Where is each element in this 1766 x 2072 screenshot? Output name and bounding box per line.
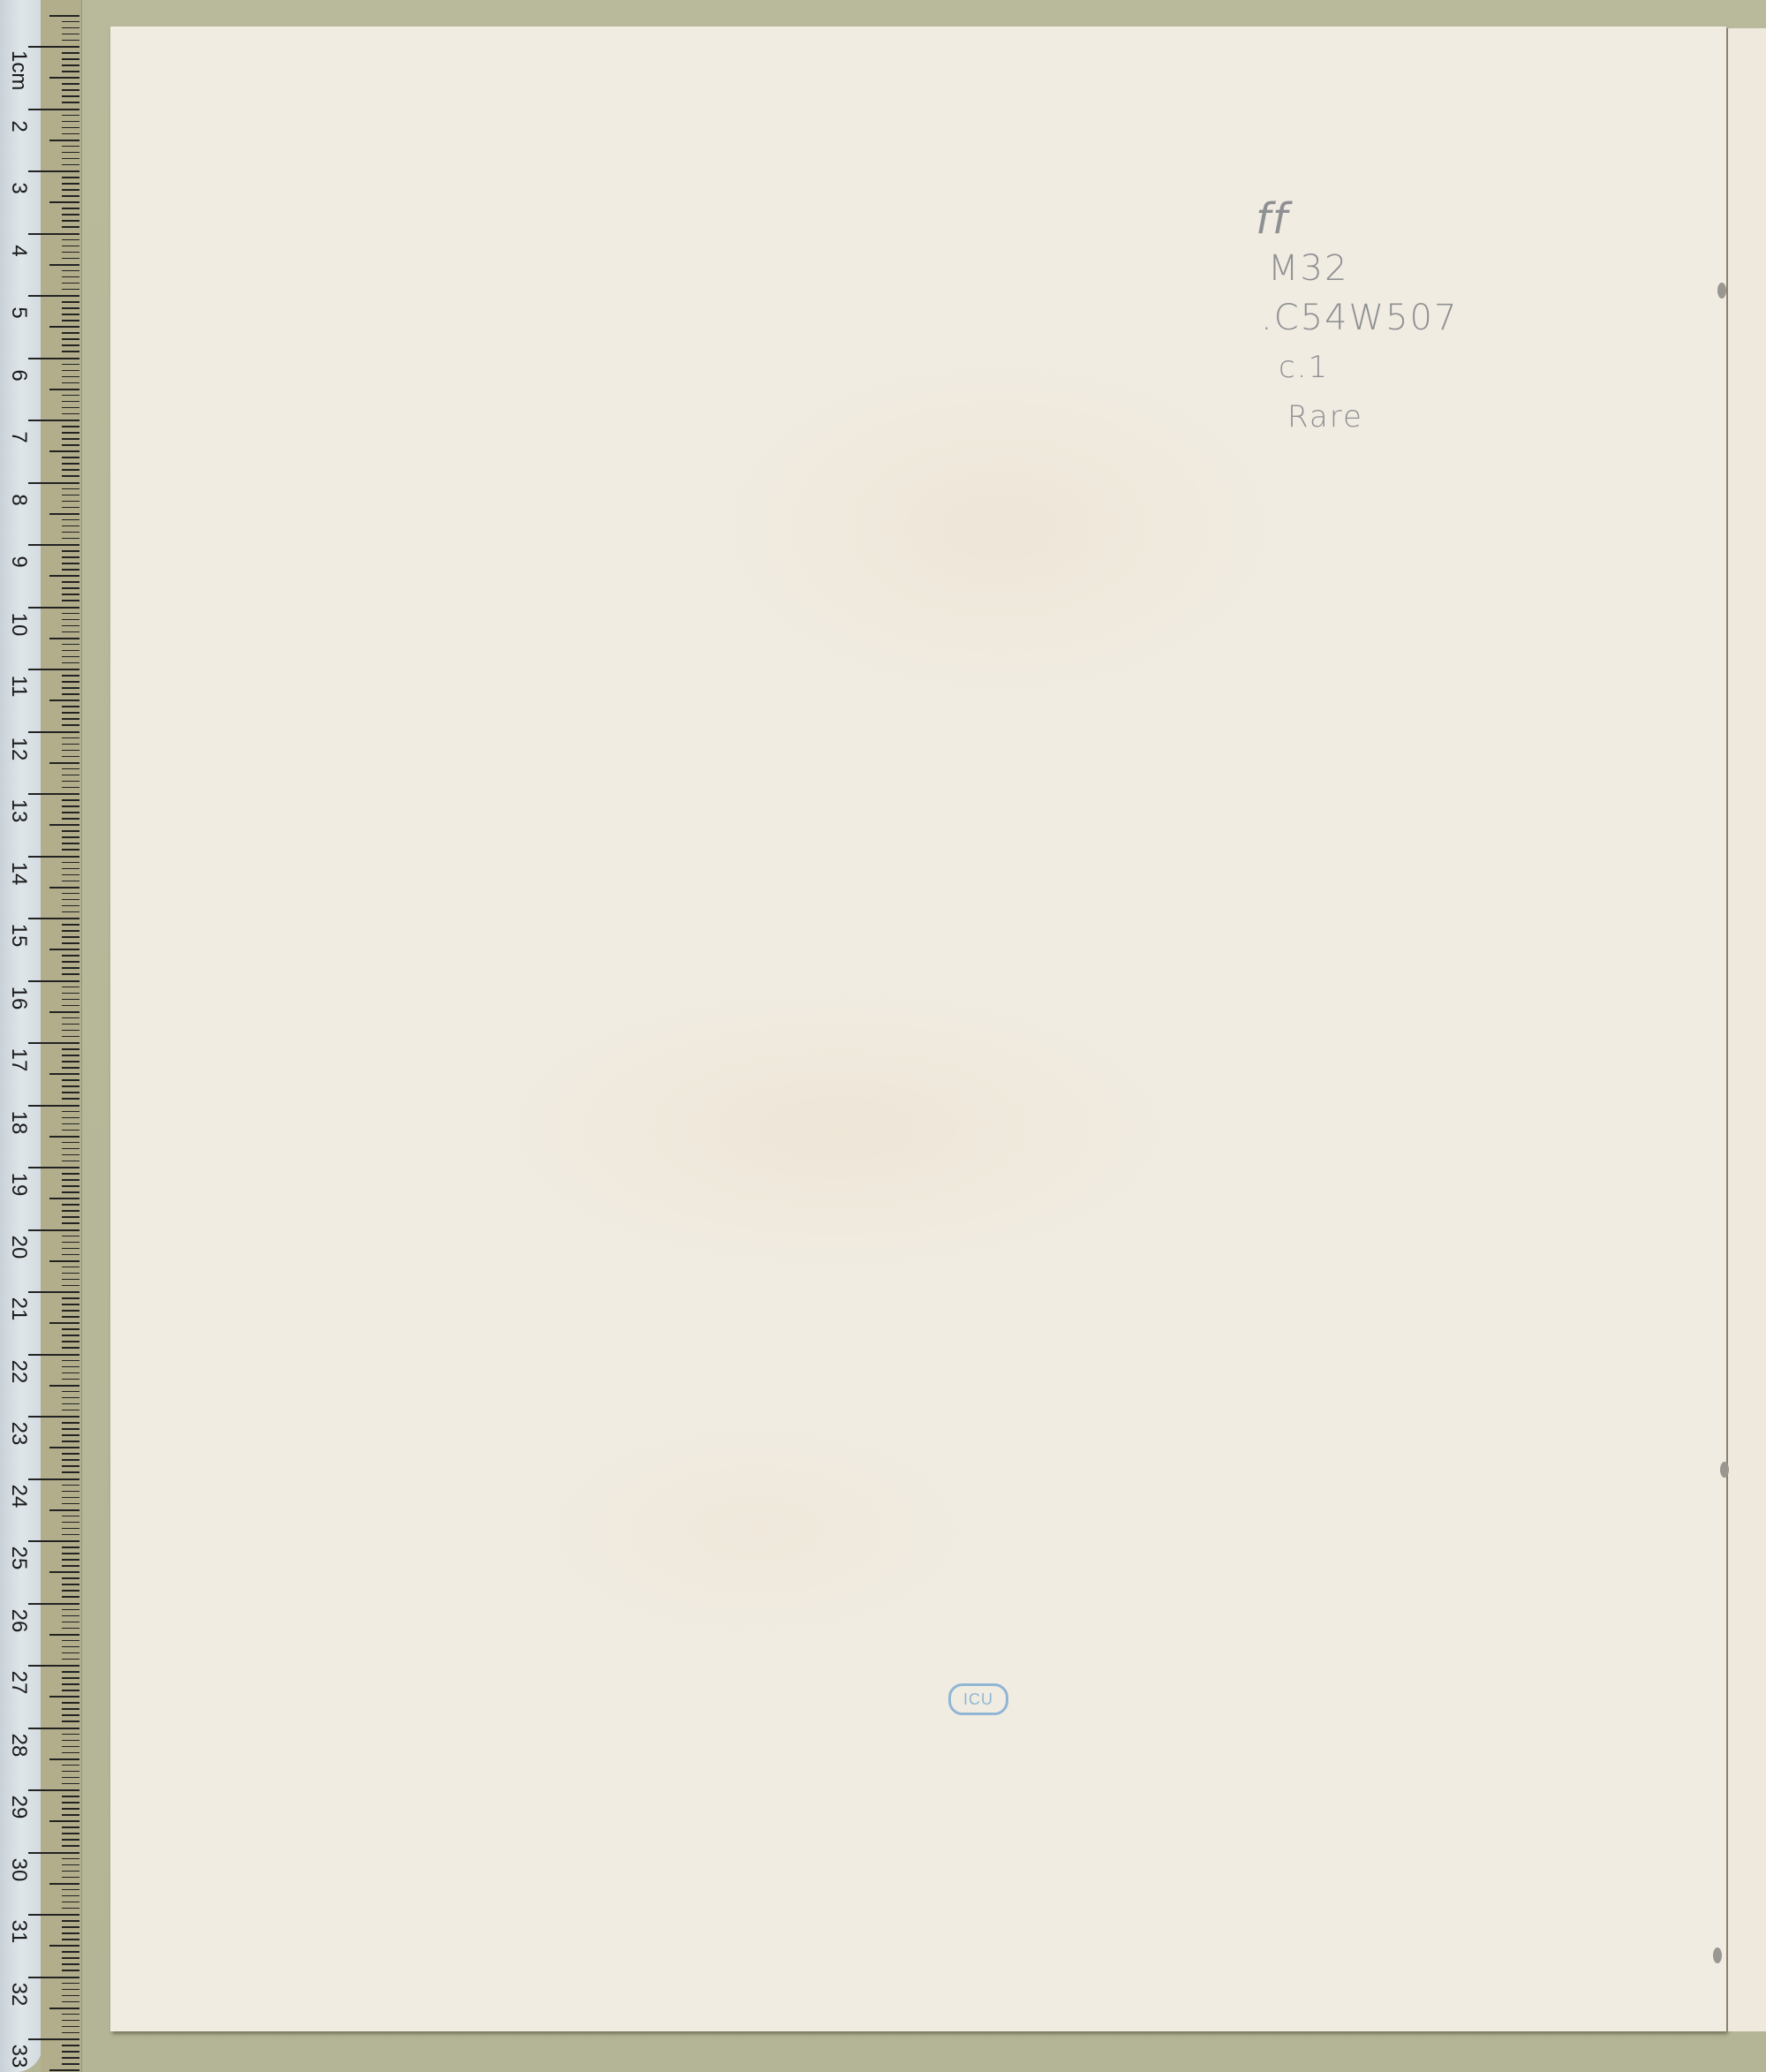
ruler-tick (62, 1814, 79, 1816)
call-number-line: .C54W507 (1261, 293, 1458, 343)
call-number-line: Rare (1287, 392, 1458, 442)
ruler-tick (62, 1434, 79, 1436)
ruler-tick (28, 1229, 79, 1231)
ruler-tick (62, 1528, 79, 1530)
ruler-tick (62, 893, 79, 895)
ruler-tick (62, 750, 79, 752)
ruler-tick (62, 1609, 79, 1611)
ruler-tick (62, 1989, 79, 1991)
ruler-tick (62, 1459, 79, 1461)
ruler-tick (62, 1565, 79, 1567)
ruler-tick (62, 495, 79, 496)
ruler-label: 31 (8, 1918, 29, 1945)
ruler-tick (62, 1983, 79, 1985)
ruler-tick (62, 775, 79, 776)
ruler-tick (62, 95, 79, 97)
ruler-label: 24 (8, 1483, 29, 1509)
ruler-tick (62, 1273, 79, 1274)
binding-stitch-mark (1713, 1947, 1722, 1963)
ruler-tick (62, 936, 79, 938)
ruler-tick (62, 195, 79, 197)
ruler-tick (28, 1416, 79, 1418)
ruler-tick (62, 681, 79, 683)
ruler-tick (62, 2026, 79, 2028)
ruler-tick (62, 1123, 79, 1125)
ruler-tick (62, 164, 79, 166)
ruler-tick (62, 1117, 79, 1119)
ruler-tick (62, 376, 79, 378)
ruler-tick (62, 469, 79, 471)
ruler-tick (62, 1098, 79, 1100)
ruler-tick (62, 177, 79, 178)
ruler-tick (62, 2020, 79, 2022)
ruler-tick (62, 1640, 79, 1642)
ruler-tick (28, 1603, 79, 1605)
ruler-tick (28, 482, 79, 484)
ruler-tick (49, 887, 79, 889)
ruler-tick (62, 189, 79, 191)
ruler-tick (49, 1260, 79, 1262)
ruler-tick (62, 307, 79, 309)
ruler-tick (28, 358, 79, 359)
ruler-tick (62, 1491, 79, 1493)
ruler-tick (62, 488, 79, 490)
ruler-tick (62, 1085, 79, 1087)
pencil-call-number: ff M32 .C54W507 c.1 Rare (1252, 194, 1458, 442)
ruler-tick (62, 463, 79, 465)
ruler-tick (62, 930, 79, 932)
ruler-tick (62, 351, 79, 352)
ruler-tick (62, 214, 79, 216)
ruler-tick (62, 1453, 79, 1455)
ruler-tick (28, 1852, 79, 1854)
ruler-tick (62, 1646, 79, 1648)
ruler-tick (49, 1820, 79, 1822)
ruler-tick (49, 575, 79, 577)
ruler-tick (62, 1957, 79, 1959)
ruler-tick (62, 812, 79, 813)
ruler-tick (62, 737, 79, 739)
ruler-tick (62, 1584, 79, 1585)
ruler-tick (62, 1833, 79, 1834)
ruler-tick (49, 1385, 79, 1387)
ruler-tick (62, 1285, 79, 1287)
ruler-tick (62, 1410, 79, 1411)
ruler-label: 3 (8, 175, 29, 201)
ruler-label: 4 (8, 238, 29, 264)
ruler-tick (49, 1198, 79, 1199)
ruler-tick (62, 899, 79, 901)
ruler-tick (28, 1291, 79, 1293)
ruler-tick (62, 1428, 79, 1430)
ruler-tick (62, 1297, 79, 1299)
ruler-tick (62, 1366, 79, 1368)
ruler-label: 26 (8, 1607, 29, 1634)
ruler-tick (62, 955, 79, 957)
ruler-tick (62, 526, 79, 527)
ruler-tick (62, 226, 79, 228)
ruler-tick (62, 58, 79, 60)
ruler-tick (62, 1871, 79, 1872)
ruler-tick (62, 407, 79, 409)
ruler-tick (62, 942, 79, 944)
ruler-label: 20 (8, 1234, 29, 1260)
ruler-tick (62, 587, 79, 589)
ruler-tick (62, 1316, 79, 1318)
ruler-tick (49, 1136, 79, 1138)
ruler-tick (62, 239, 79, 241)
ruler-tick (62, 382, 79, 384)
ruler-tick (62, 1659, 79, 1660)
ruler-tick (62, 1061, 79, 1062)
ruler-tick (49, 1011, 79, 1013)
ruler-tick (62, 1379, 79, 1380)
ruler-tick (49, 15, 79, 17)
ruler-tick (62, 862, 79, 864)
ruler-tick (62, 1154, 79, 1156)
ruler-tick (62, 2001, 79, 2003)
ruler-tick (28, 1478, 79, 1480)
ruler-tick (62, 1683, 79, 1685)
ruler-tick (62, 395, 79, 397)
ruler-tick (62, 2045, 79, 2046)
ruler-tick (62, 1895, 79, 1897)
ruler-tick (62, 1522, 79, 1524)
ruler-tick (62, 438, 79, 440)
ruler-tick (62, 252, 79, 253)
ruler-tick (62, 644, 79, 646)
ruler-tick (62, 364, 79, 366)
ruler-tick (62, 1373, 79, 1374)
ruler-tick (62, 1242, 79, 1244)
ruler-tick (62, 1335, 79, 1336)
document-page (110, 26, 1726, 2031)
ruler-tick (62, 1254, 79, 1256)
ruler-tick (49, 1945, 79, 1947)
ruler-tick (49, 201, 79, 203)
ruler-tick (62, 768, 79, 770)
ruler-label: 12 (8, 736, 29, 762)
ruler-tick (62, 1845, 79, 1847)
ruler-tick (62, 1248, 79, 1250)
ruler-tick (62, 1173, 79, 1175)
ruler-tick (62, 874, 79, 876)
ruler-tick (62, 973, 79, 975)
ruler-tick (62, 432, 79, 434)
ruler-tick (62, 1970, 79, 1971)
ruler-tick (62, 1553, 79, 1554)
ruler-tick (62, 1092, 79, 1093)
ruler-tick (62, 507, 79, 509)
ruler-tick (62, 1826, 79, 1828)
ruler-tick (49, 140, 79, 141)
ruler-tick (28, 1042, 79, 1044)
ruler-tick (62, 718, 79, 720)
ruler-tick (62, 631, 79, 633)
ruler-tick (62, 993, 79, 994)
ruler-tick (62, 332, 79, 334)
ruler-tick (62, 426, 79, 427)
measurement-ruler: 1cm2345678910111213141516171819202122232… (0, 0, 81, 2072)
call-number-line: ff (1256, 194, 1458, 244)
ruler-tick (62, 1926, 79, 1928)
ruler-tick (62, 1328, 79, 1330)
adjacent-page-edge (1726, 28, 1766, 2031)
ruler-tick (62, 1559, 79, 1561)
ruler-tick (62, 1441, 79, 1442)
ruler-tick (62, 1310, 79, 1312)
ruler-tick (62, 1932, 79, 1934)
ruler-tick (62, 152, 79, 154)
ruler-tick (62, 27, 79, 29)
ruler-tick (49, 2008, 79, 2009)
ruler-tick (28, 233, 79, 235)
ruler-tick (28, 1540, 79, 1542)
ruler-tick (62, 401, 79, 403)
ruler-tick (62, 1391, 79, 1393)
ruler-tick (62, 1858, 79, 1860)
ruler-tick (62, 1222, 79, 1224)
ruler-tick (62, 314, 79, 315)
ruler-tick (49, 1696, 79, 1698)
ruler-tick (62, 1708, 79, 1710)
ruler-tick (28, 1167, 79, 1168)
ruler-tick (62, 1771, 79, 1773)
ruler-tick (62, 1516, 79, 1517)
ruler-label: 30 (8, 1856, 29, 1883)
ruler-tick (28, 2038, 79, 2040)
ruler-tick (49, 638, 79, 639)
ruler-tick (62, 1179, 79, 1181)
ruler-tick (62, 2063, 79, 2065)
ruler-tick (62, 208, 79, 209)
ruler-tick (49, 264, 79, 266)
ruler-label: 18 (8, 1109, 29, 1136)
ruler-tick (62, 1622, 79, 1623)
ruler-label: 8 (8, 487, 29, 513)
ruler-tick (62, 1048, 79, 1050)
ruler-tick (62, 519, 79, 521)
ruler-tick (49, 513, 79, 515)
ruler-label: 23 (8, 1420, 29, 1447)
ruler-tick (62, 905, 79, 907)
ruler-tick (62, 550, 79, 552)
ruler-tick (62, 301, 79, 303)
ruler-tick (62, 1796, 79, 1797)
ruler-tick (62, 1030, 79, 1032)
ruler-tick (62, 625, 79, 627)
ruler-tick (62, 220, 79, 222)
ruler-tick (62, 344, 79, 346)
ruler-tick (62, 613, 79, 615)
ruler-tick (62, 1802, 79, 1804)
ruler-tick (62, 1017, 79, 1019)
ruler-tick (62, 1877, 79, 1879)
ruler-tick (62, 2057, 79, 2059)
ruler-tick (28, 980, 79, 982)
ruler-tick (28, 669, 79, 670)
ruler-tick (62, 1714, 79, 1716)
ruler-tick (62, 1615, 79, 1617)
ruler-label: 28 (8, 1732, 29, 1758)
ruler-tick (62, 1690, 79, 1691)
call-number-line: c.1 (1279, 343, 1458, 392)
ruler-tick (62, 1267, 79, 1268)
ruler-tick (28, 607, 79, 609)
ruler-tick (62, 34, 79, 35)
ruler-tick (28, 1354, 79, 1356)
ruler-tick (49, 2069, 79, 2071)
ruler-tick (49, 389, 79, 390)
ruler-tick (62, 1596, 79, 1598)
ruler-tick (49, 1758, 79, 1760)
ruler-tick (62, 556, 79, 558)
ruler-label: 22 (8, 1358, 29, 1385)
ruler-tick (62, 656, 79, 658)
ruler-tick (62, 370, 79, 372)
ruler-label: 25 (8, 1545, 29, 1571)
call-number-line: M32 (1268, 244, 1458, 293)
ruler-label: 13 (8, 798, 29, 824)
binding-stitch-mark (1717, 283, 1726, 299)
ruler-tick (62, 805, 79, 807)
ruler-tick (28, 295, 79, 297)
ruler-tick (62, 1889, 79, 1891)
ruler-tick (62, 1777, 79, 1779)
ruler-label: 11 (8, 673, 29, 699)
ruler-tick (62, 967, 79, 969)
ruler-tick (28, 420, 79, 421)
ruler-label: 15 (8, 922, 29, 949)
ruler-tick (62, 289, 79, 291)
ruler-tick (62, 787, 79, 789)
ruler-tick (62, 475, 79, 477)
ruler-tick (62, 1142, 79, 1144)
ruler-tick (62, 83, 79, 85)
ruler-tick (62, 1746, 79, 1748)
ruler-label: 7 (8, 424, 29, 450)
ruler-tick (28, 1789, 79, 1791)
ruler-label: 17 (8, 1047, 29, 1073)
ruler-tick (62, 987, 79, 988)
ruler-tick (49, 824, 79, 826)
ruler-tick (62, 563, 79, 564)
ruler-label: 33 (8, 2043, 29, 2069)
ruler-tick (62, 756, 79, 758)
ruler-tick (28, 170, 79, 172)
ruler-tick (49, 762, 79, 764)
ruler-tick (62, 538, 79, 540)
ruler-tick (62, 1720, 79, 1722)
ruler-tick (62, 1111, 79, 1113)
ruler-tick (62, 594, 79, 595)
ruler-tick (62, 1652, 79, 1654)
ruler-tick (62, 1360, 79, 1362)
ruler-tick (49, 1322, 79, 1324)
ruler-tick (62, 1995, 79, 1997)
ruler-tick (62, 1471, 79, 1473)
ruler-tick (62, 320, 79, 321)
ruler-tick (62, 1304, 79, 1305)
ruler-tick (62, 675, 79, 677)
ruler-tick (62, 1210, 79, 1212)
ruler-tick (62, 1677, 79, 1679)
ruler-tick (62, 1902, 79, 1903)
binding-stitch-mark (1720, 1462, 1729, 1478)
ruler-tick (62, 1577, 79, 1579)
ruler-tick (62, 1590, 79, 1592)
ruler-tick (62, 619, 79, 621)
ruler-tick (28, 918, 79, 919)
ruler-tick (62, 1740, 79, 1742)
ruler-tick (62, 40, 79, 42)
ruler-tick (62, 1546, 79, 1548)
ruler-tick (62, 600, 79, 601)
ruler-tick (28, 731, 79, 733)
ruler-tick (62, 650, 79, 652)
ruler-tick (62, 413, 79, 415)
ruler-tick (62, 849, 79, 851)
ruler-tick (62, 1161, 79, 1162)
ruler-tick (62, 1485, 79, 1486)
ruler-tick (62, 924, 79, 926)
ruler-tick (49, 1073, 79, 1075)
ruler-tick (49, 450, 79, 452)
ruler-tick (62, 1808, 79, 1810)
ruler-tick (62, 693, 79, 695)
ruler-tick (49, 77, 79, 79)
ruler-tick (62, 1185, 79, 1187)
ruler-tick (28, 544, 79, 546)
ruler-label: 21 (8, 1296, 29, 1322)
ruler-tick (62, 1191, 79, 1193)
ruler-tick (62, 532, 79, 533)
ruler-tick (49, 1883, 79, 1885)
ruler-tick (28, 1665, 79, 1667)
ruler-tick (62, 1908, 79, 1909)
ruler-tick (62, 2014, 79, 2015)
ruler-label: 10 (8, 611, 29, 638)
ruler-tick (62, 1422, 79, 1424)
ruler-label: 14 (8, 860, 29, 887)
ruler-tick (62, 258, 79, 260)
ruler-tick (49, 1634, 79, 1636)
ruler-tick (49, 949, 79, 950)
ruler-tick (62, 1534, 79, 1536)
ruler-tick (62, 338, 79, 340)
ruler-tick (62, 744, 79, 745)
ruler-tick (62, 781, 79, 783)
ruler-tick (62, 1055, 79, 1056)
ruler-tick (28, 1105, 79, 1107)
ruler-tick (62, 1341, 79, 1342)
ruler-label: 2 (8, 113, 29, 140)
ruler-tick (28, 856, 79, 858)
ruler-tick (28, 793, 79, 795)
ruler-tick (28, 1977, 79, 1978)
ruler-tick (62, 457, 79, 458)
ruler-tick (62, 444, 79, 446)
library-stamp: ICU (948, 1683, 1008, 1715)
ruler-label: 6 (8, 362, 29, 389)
ruler-tick (62, 1465, 79, 1467)
ruler-tick (62, 52, 79, 54)
ruler-tick (28, 46, 79, 48)
ruler-tick (62, 64, 79, 66)
ruler-label: 32 (8, 1981, 29, 2008)
ruler-tick (62, 1005, 79, 1007)
ruler-tick (62, 662, 79, 664)
